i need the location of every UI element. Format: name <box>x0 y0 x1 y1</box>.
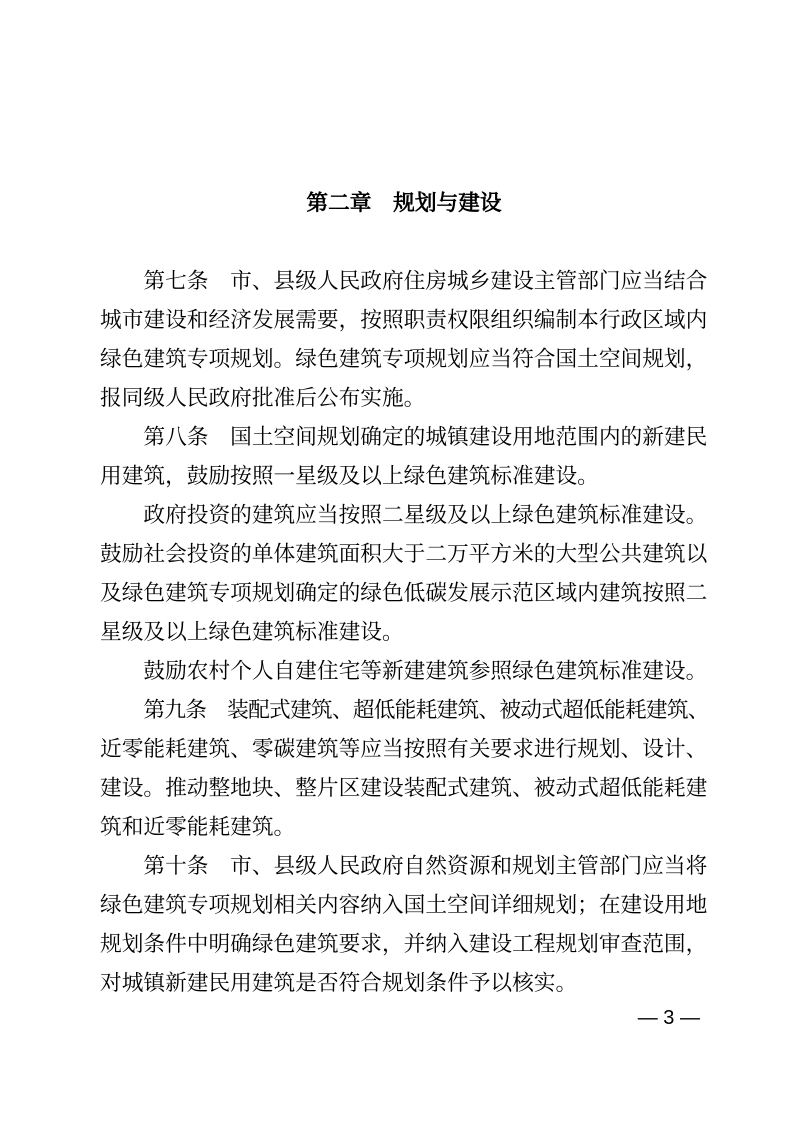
body-line-article-9: 第九条 装配式建筑、超低能耗建筑、被动式超低能耗建筑、 <box>100 690 708 729</box>
body-line: 筑和近零能耗建筑。 <box>100 807 708 846</box>
body-line: 鼓励农村个人自建住宅等新建建筑参照绿色建筑标准建设。 <box>100 651 708 690</box>
page-number: — 3 — <box>638 1006 700 1030</box>
body-line-article-8: 第八条 国土空间规划确定的城镇建设用地范围内的新建民 <box>100 417 708 456</box>
body-line: 报同级人民政府批准后公布实施。 <box>100 378 708 417</box>
body-line: 规划条件中明确绿色建筑要求，并纳入建设工程规划审查范围， <box>100 924 708 963</box>
body-line: 政府投资的建筑应当按照二星级及以上绿色建筑标准建设。 <box>100 495 708 534</box>
chapter-title: 第二章 规划与建设 <box>100 183 708 222</box>
body-line-article-10: 第十条 市、县级人民政府自然资源和规划主管部门应当将 <box>100 846 708 885</box>
body-line: 用建筑，鼓励按照一星级及以上绿色建筑标准建设。 <box>100 456 708 495</box>
body-line: 鼓励社会投资的单体建筑面积大于二万平方米的大型公共建筑以 <box>100 534 708 573</box>
body-line: 近零能耗建筑、零碳建筑等应当按照有关要求进行规划、设计、 <box>100 729 708 768</box>
body-text: 第七条 市、县级人民政府住房城乡建设主管部门应当结合 城市建设和经济发展需要，按… <box>100 261 708 1002</box>
body-line: 及绿色建筑专项规划确定的绿色低碳发展示范区域内建筑按照二 <box>100 573 708 612</box>
body-line: 绿色建筑专项规划。绿色建筑专项规划应当符合国土空间规划， <box>100 339 708 378</box>
body-line: 星级及以上绿色建筑标准建设。 <box>100 612 708 651</box>
body-line: 绿色建筑专项规划相关内容纳入国土空间详细规划；在建设用地 <box>100 885 708 924</box>
document-page: 第二章 规划与建设 第七条 市、县级人民政府住房城乡建设主管部门应当结合 城市建… <box>0 0 800 1132</box>
body-line-article-7: 第七条 市、县级人民政府住房城乡建设主管部门应当结合 <box>100 261 708 300</box>
body-line: 对城镇新建民用建筑是否符合规划条件予以核实。 <box>100 963 708 1002</box>
body-line: 城市建设和经济发展需要，按照职责权限组织编制本行政区域内 <box>100 300 708 339</box>
body-line: 建设。推动整地块、整片区建设装配式建筑、被动式超低能耗建 <box>100 768 708 807</box>
